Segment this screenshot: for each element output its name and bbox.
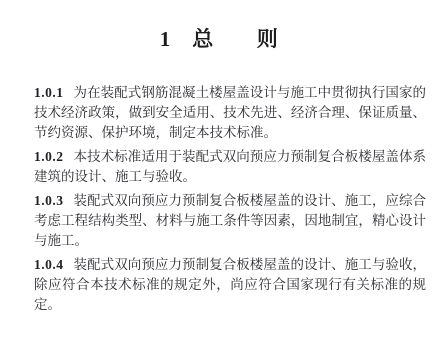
clause-1-0-1: 1.0.1为在装配式钢筋混凝土楼屋盖设计与施工中贯彻执行国家的技术经济政策，做到… — [34, 83, 426, 143]
clause-number: 1.0.4 — [34, 257, 64, 272]
clause-1-0-3: 1.0.3装配式双向预应力预制复合板楼屋盖的设计、施工，应综合考虑工程结构类型、… — [34, 191, 426, 251]
clause-number: 1.0.2 — [34, 149, 64, 164]
clause-text: 本技术标准适用于装配式双向预应力预制复合板楼屋盖体系建筑的设计、施工与验收。 — [34, 149, 426, 184]
clause-text: 装配式双向预应力预制复合板楼屋盖的设计、施工，应综合考虑工程结构类型、材料与施工… — [34, 193, 426, 248]
clause-number: 1.0.1 — [34, 85, 64, 100]
clause-number: 1.0.3 — [34, 193, 64, 208]
clause-text: 为在装配式钢筋混凝土楼屋盖设计与施工中贯彻执行国家的技术经济政策，做到安全适用、… — [34, 85, 426, 140]
clause-text: 装配式双向预应力预制复合板楼屋盖的设计、施工与验收，除应符合本技术标准的规定外，… — [34, 257, 426, 312]
document-page: 1 总 则 1.0.1为在装配式钢筋混凝土楼屋盖设计与施工中贯彻执行国家的技术经… — [0, 0, 438, 362]
clause-1-0-2: 1.0.2本技术标准适用于装配式双向预应力预制复合板楼屋盖体系建筑的设计、施工与… — [34, 147, 426, 187]
clause-list: 1.0.1为在装配式钢筋混凝土楼屋盖设计与施工中贯彻执行国家的技术经济政策，做到… — [34, 83, 426, 315]
chapter-title: 1 总 则 — [0, 0, 438, 52]
clause-1-0-4: 1.0.4装配式双向预应力预制复合板楼屋盖的设计、施工与验收，除应符合本技术标准… — [34, 255, 426, 315]
